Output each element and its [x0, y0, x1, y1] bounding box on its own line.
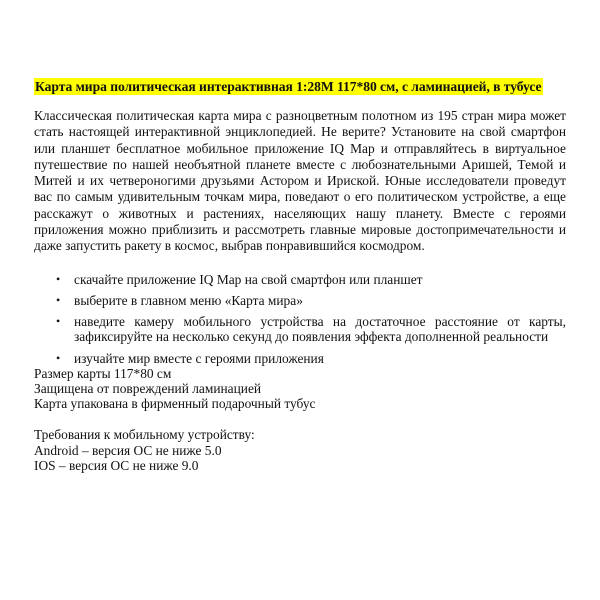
step-item: • скачайте приложение IQ Map на свой сма… — [34, 272, 566, 287]
bullet-icon: • — [56, 293, 60, 308]
bullet-icon: • — [56, 272, 60, 287]
step-item: • наведите камеру мобильного устройства … — [34, 314, 566, 344]
step-text: скачайте приложение IQ Map на свой смарт… — [74, 272, 423, 287]
bullet-icon: • — [56, 351, 60, 366]
step-item: • выберите в главном меню «Карта мира» — [34, 293, 566, 308]
product-title: Карта мира политическая интерактивная 1:… — [34, 78, 543, 95]
spec-packaging: Карта упакована в фирменный подарочный т… — [34, 396, 566, 411]
requirements-heading: Требования к мобильному устройству: — [34, 427, 566, 442]
intro-paragraph: Классическая политическая карта мира с р… — [34, 108, 566, 255]
step-text: наведите камеру мобильного устройства на… — [74, 314, 566, 344]
product-description: Карта мира политическая интерактивная 1:… — [34, 78, 566, 473]
steps-list: • скачайте приложение IQ Map на свой сма… — [34, 272, 566, 366]
spec-size: Размер карты 117*80 см — [34, 366, 566, 381]
step-text: изучайте мир вместе с героями приложения — [74, 351, 324, 366]
spec-lamination: Защищена от повреждений ламинацией — [34, 381, 566, 396]
step-item: • изучайте мир вместе с героями приложен… — [34, 351, 566, 366]
spacer — [34, 412, 566, 427]
requirement-android: Android – версия ОС не ниже 5.0 — [34, 443, 566, 458]
step-text: выберите в главном меню «Карта мира» — [74, 293, 303, 308]
bullet-icon: • — [56, 314, 60, 329]
requirement-ios: IOS – версия ОС не ниже 9.0 — [34, 458, 566, 473]
